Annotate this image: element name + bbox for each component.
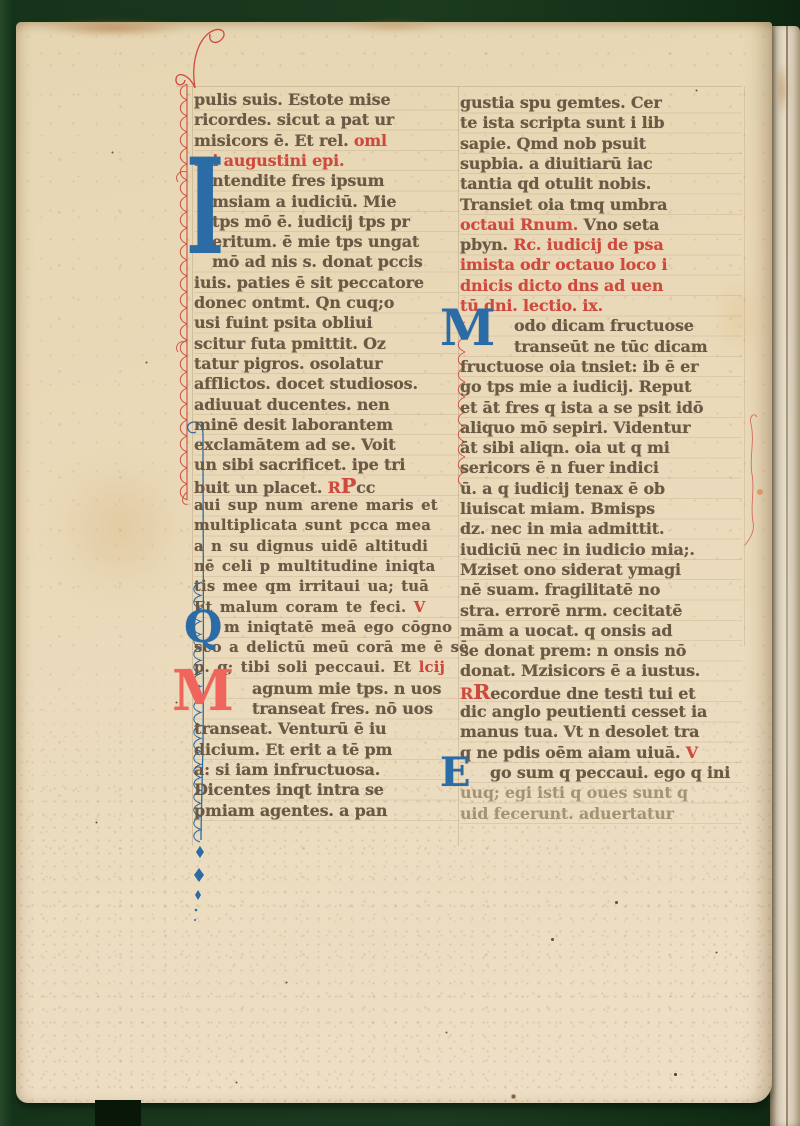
text-segment: transeūt ne tūc dicam <box>514 337 707 356</box>
text-segment: pbyn. <box>460 235 513 254</box>
text-line: uid fecerunt. aduertatur <box>460 804 674 824</box>
text-line: se donat prem: n onsis nō <box>460 641 686 661</box>
text-segment: tatur pigros. osolatur <box>194 354 382 373</box>
text-segment: mō ad nis s. donat pccis <box>212 252 423 271</box>
text-segment: R <box>460 684 473 703</box>
text-segment: pulis suis. Estote mise <box>194 90 390 109</box>
text-line: manus tua. Vt n desolet tra <box>460 722 699 742</box>
text-line: pmiam agentes. a pan <box>194 801 387 821</box>
illuminated-initial-I: I <box>186 155 224 261</box>
text-line: iuis. paties ē sit peccatore <box>194 273 424 293</box>
text-line: dic anglo peutienti cesset ia <box>460 702 707 722</box>
text-segment: et āt fres q ista a se psit idō <box>460 398 703 417</box>
text-segment: Et malum coram te feci. <box>194 599 414 616</box>
text-segment: go sum q peccaui. ego q ini <box>490 763 730 782</box>
ruling-line <box>176 86 742 87</box>
text-line: āt sibi aliqn. oia ut q mi <box>460 438 670 458</box>
text-line: et āt fres q ista a se psit idō <box>460 398 703 418</box>
illuminated-initial-E: E <box>440 757 471 789</box>
text-segment: uuq; egi isti q oues sunt q <box>460 783 688 802</box>
text-line: gustia spu gemtes. Cer <box>460 93 662 113</box>
text-segment: buit un placet. <box>194 478 328 497</box>
text-segment: sapie. Qmd nob psuit <box>460 134 646 153</box>
text-line: exclamātem ad se. Voit <box>194 435 395 455</box>
text-segment: lcij <box>419 659 445 676</box>
text-line: multiplicata sunt pcca mea <box>194 516 431 536</box>
text-segment: dic anglo peutienti cesset ia <box>460 702 707 721</box>
text-line: aliquo mō sepiri. Videntur <box>460 418 690 438</box>
text-segment: mām a uocat. q onsis ad <box>460 621 672 640</box>
text-segment: āt sibi aliqn. oia ut q mi <box>460 438 670 457</box>
text-line: mō ad nis s. donat pccis <box>194 252 423 272</box>
text-segment: pmiam agentes. a pan <box>194 801 387 820</box>
text-line: nē celi p multitudine iniqta <box>194 557 435 577</box>
binding-notch <box>95 1100 141 1126</box>
parchment-stain <box>30 432 210 622</box>
text-segment: supbia. a diuitiarū iac <box>460 154 653 173</box>
text-line: Et malum coram te feci. V <box>194 598 425 618</box>
text-segment: oml <box>354 131 387 150</box>
red-top-flourish <box>176 29 224 88</box>
text-segment: m iniqtatē meā ego cōgno <box>224 619 452 636</box>
illuminated-initial-M: M <box>440 308 495 348</box>
text-segment: adiuuat ducentes. nen <box>194 395 390 414</box>
text-segment: minē desit laborantem <box>194 415 393 434</box>
text-segment: eritum. ē mie tps ungat <box>212 232 419 251</box>
text-line: go tps mie a iudicij. Reput <box>460 377 691 397</box>
text-line: un sibi sacrificet. ipe tri <box>194 455 405 475</box>
text-segment: donec ontmt. Qn cuq;o <box>194 293 394 312</box>
text-line: Transiet oia tmq umbra <box>460 195 667 215</box>
text-segment: usi fuint psita obliui <box>194 313 372 332</box>
book-fore-edge <box>770 26 800 1126</box>
text-segment: imista odr octauo loco i <box>460 255 667 274</box>
text-line: sapie. Qmd nob psuit <box>460 134 646 154</box>
text-segment: dnicis dicto dns ad uen <box>460 276 663 295</box>
text-segment: gustia spu gemtes. Cer <box>460 93 662 112</box>
text-segment: uid fecerunt. aduertatur <box>460 804 674 823</box>
text-segment: q ne pdis oēm aiam uiuā. <box>460 743 686 762</box>
text-line: octaui Rnum. Vno seta <box>460 215 659 235</box>
text-segment: stra. errorē nrm. cecitatē <box>460 601 682 620</box>
text-line: adiuuat ducentes. nen <box>194 395 390 415</box>
text-line: dz. nec in mia admittit. <box>460 519 664 539</box>
ink-specks <box>16 22 17 23</box>
text-segment: scitur futa pmittit. Oz <box>194 334 386 353</box>
text-segment: a: si iam infructuosa. <box>194 760 380 779</box>
ruling-line <box>744 86 745 646</box>
text-segment: V <box>414 599 426 616</box>
text-line: Mziset ono siderat ymagi <box>460 560 681 580</box>
text-segment: go tps mie a iudicij. Reput <box>460 377 691 396</box>
text-segment: ū. a q iudicij tenax ē ob <box>460 479 665 498</box>
text-segment: Mziset ono siderat ymagi <box>460 560 681 579</box>
text-segment: un sibi sacrificet. ipe tri <box>194 455 405 474</box>
text-segment: Transiet oia tmq umbra <box>460 195 667 214</box>
text-line: tis mee qm irritaui ua; tuā <box>194 577 429 597</box>
text-line: aui sup num arene maris et <box>194 496 438 516</box>
text-line: dicium. Et erit a tē pm <box>194 740 392 760</box>
text-line: mām a uocat. q onsis ad <box>460 621 672 641</box>
blue-tail-dot <box>194 919 196 921</box>
text-segment: a n su dignus uidē altitudi <box>194 538 428 555</box>
text-segment: agnum mie tps. n uos <box>252 679 441 698</box>
text-segment: ntendite fres ipsum <box>212 171 384 190</box>
edge-stain <box>772 54 792 124</box>
illuminated-initial-M: M <box>172 669 234 714</box>
blue-diamond-finials <box>194 846 204 900</box>
text-segment: te ista scripta sunt i lib <box>460 113 664 132</box>
text-line: supbia. a diuitiarū iac <box>460 154 653 174</box>
text-line: pbyn. Rc. iudicij de psa <box>460 235 664 255</box>
text-line: tps mō ē. iudicij tps pr <box>194 212 410 232</box>
text-line: eritum. ē mie tps ungat <box>194 232 419 252</box>
text-line: fructuose oia tnsiet: ib ē er <box>460 357 698 377</box>
text-segment: octaui Rnum. <box>460 215 578 234</box>
text-segment: P <box>341 473 356 498</box>
text-line: transeūt ne tūc dicam <box>460 337 707 357</box>
text-segment: R <box>328 478 341 497</box>
text-line: ricordes. sicut a pat ur <box>194 110 394 130</box>
text-line: imista odr octauo loco i <box>460 255 667 275</box>
text-segment: nē suam. fragilitatē no <box>460 580 660 599</box>
text-segment: msiam a iudiciū. Mie <box>212 192 396 211</box>
text-line: sco a delictū meū corā me ē sē <box>194 638 469 658</box>
manuscript-page: pulis suis. Estote misericordes. sicut a… <box>16 22 772 1103</box>
text-column-right: gustia spu gemtes. Certe ista scripta su… <box>460 93 742 826</box>
text-segment: dz. nec in mia admittit. <box>460 519 664 538</box>
text-segment: aliquo mō sepiri. Videntur <box>460 418 690 437</box>
text-segment: aui sup num arene maris et <box>194 497 438 514</box>
text-segment: transeat fres. nō uos <box>252 699 433 718</box>
text-line: iudiciū nec in iudicio mia;. <box>460 540 695 560</box>
text-segment: cc <box>356 478 375 497</box>
text-line: pulis suis. Estote mise <box>194 90 390 110</box>
text-segment: Vno seta <box>578 215 659 234</box>
text-line: usi fuint psita obliui <box>194 313 372 333</box>
text-line: a: si iam infructuosa. <box>194 760 380 780</box>
orange-spot <box>757 489 763 495</box>
red-margin-squiggle <box>745 415 757 545</box>
text-line: stra. errorē nrm. cecitatē <box>460 601 682 621</box>
text-line: buit un placet. RPcc <box>194 476 375 498</box>
text-segment: manus tua. Vt n desolet tra <box>460 722 699 741</box>
text-segment: exclamātem ad se. Voit <box>194 435 395 454</box>
text-segment: nē celi p multitudine iniqta <box>194 558 435 575</box>
text-segment: ecordue dne testi tui et <box>490 684 695 703</box>
text-segment: tis mee qm irritaui ua; tuā <box>194 578 429 595</box>
text-segment: ricordes. sicut a pat ur <box>194 110 394 129</box>
text-line: RRecordue dne testi tui et <box>460 682 695 704</box>
parchment-stain <box>24 18 204 38</box>
text-segment: Dicentes inqt intra se <box>194 780 384 799</box>
text-segment: sco a delictū meū corā me ē sē <box>194 639 469 656</box>
text-line: donat. Mzisicors ē a iustus. <box>460 661 700 681</box>
text-segment: donat. Mzisicors ē a iustus. <box>460 661 700 680</box>
photo-background: pulis suis. Estote misericordes. sicut a… <box>0 0 800 1126</box>
text-segment: liuiscat miam. Bmisps <box>460 499 655 518</box>
text-line: liuiscat miam. Bmisps <box>460 499 655 519</box>
text-line: sericors ē n fuer indici <box>460 458 659 478</box>
text-line: ū. a q iudicij tenax ē ob <box>460 479 665 499</box>
text-line: te ista scripta sunt i lib <box>460 113 664 133</box>
text-segment: iuis. paties ē sit peccatore <box>194 273 424 292</box>
text-line: minē desit laborantem <box>194 415 393 435</box>
text-line: Dicentes inqt intra se <box>194 780 384 800</box>
text-line: dnicis dicto dns ad uen <box>460 276 663 296</box>
text-line: afflictos. docet studiosos. <box>194 374 418 394</box>
text-segment: Rc. iudicij de psa <box>513 235 663 254</box>
illuminated-initial-Q: Q <box>184 610 222 645</box>
text-line: go sum q peccaui. ego q ini <box>460 763 730 783</box>
text-segment: odo dicam fructuose <box>514 316 694 335</box>
text-segment: tps mō ē. iudicij tps pr <box>212 212 410 231</box>
text-segment: sericors ē n fuer indici <box>460 458 659 477</box>
blue-tail-dot <box>195 909 198 912</box>
text-line: donec ontmt. Qn cuq;o <box>194 293 394 313</box>
text-line: tatur pigros. osolatur <box>194 354 382 374</box>
text-line: q ne pdis oēm aiam uiuā. V <box>460 743 698 763</box>
text-segment: V <box>686 743 698 762</box>
text-segment: iudiciū nec in iudicio mia;. <box>460 540 695 559</box>
text-line: nē suam. fragilitatē no <box>460 580 660 600</box>
text-segment: R <box>473 679 490 704</box>
text-column-left: pulis suis. Estote misericordes. sicut a… <box>194 90 460 823</box>
text-line: a n su dignus uidē altitudi <box>194 537 428 557</box>
text-line: tantia qd otulit nobis. <box>460 174 651 194</box>
text-line: msiam a iudiciū. Mie <box>194 192 396 212</box>
text-segment: se donat prem: n onsis nō <box>460 641 686 660</box>
text-segment: multiplicata sunt pcca mea <box>194 517 431 534</box>
text-segment: tantia qd otulit nobis. <box>460 174 651 193</box>
text-line: scitur futa pmittit. Oz <box>194 334 386 354</box>
text-line: m iniqtatē meā ego cōgno <box>194 618 452 638</box>
text-segment: dicium. Et erit a tē pm <box>194 740 392 759</box>
parchment-stain <box>334 19 454 33</box>
text-line: uuq; egi isti q oues sunt q <box>460 783 688 803</box>
text-segment: afflictos. docet studiosos. <box>194 374 418 393</box>
page-edge-line <box>786 26 788 1126</box>
text-segment: fructuose oia tnsiet: ib ē er <box>460 357 698 376</box>
